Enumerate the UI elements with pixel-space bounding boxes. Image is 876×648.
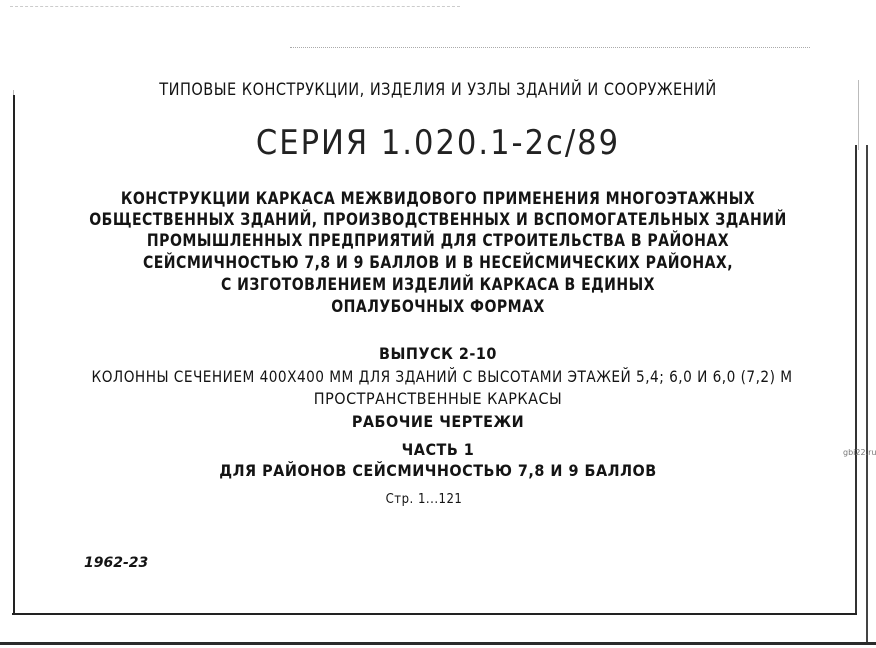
description-line: ОПАЛУБОЧНЫХ ФОРМАХ bbox=[35, 297, 841, 317]
spatial-frames: ПРОСТРАНСТВЕННЫЕ КАРКАСЫ bbox=[0, 389, 876, 408]
working-drawings: РАБОЧИЕ ЧЕРТЕЖИ bbox=[0, 412, 876, 431]
issue-number: ВЫПУСК 2-10 bbox=[0, 344, 876, 363]
description-line: С ИЗГОТОВЛЕНИЕМ ИЗДЕЛИЙ КАРКАСА В ЕДИНЫХ bbox=[35, 275, 841, 295]
frame-bottom-border bbox=[12, 613, 857, 615]
inventory-number: 1962-23 bbox=[84, 555, 148, 571]
series-title: СЕРИЯ 1.020.1-2с/89 bbox=[0, 123, 876, 163]
scan-noise-line bbox=[290, 47, 810, 49]
outer-bottom-border bbox=[0, 642, 876, 645]
scan-noise-top bbox=[10, 6, 460, 8]
document-page: ТИПОВЫЕ КОНСТРУКЦИИ, ИЗДЕЛИЯ И УЗЛЫ ЗДАН… bbox=[0, 0, 876, 648]
description-line: ПРОМЫШЛЕННЫХ ПРЕДПРИЯТИЙ ДЛЯ СТРОИТЕЛЬСТ… bbox=[35, 231, 841, 251]
page-range: Стр. 1...121 bbox=[0, 492, 862, 507]
document-header: ТИПОВЫЕ КОНСТРУКЦИИ, ИЗДЕЛИЯ И УЗЛЫ ЗДАН… bbox=[22, 80, 854, 100]
columns-description: КОЛОННЫ СЕЧЕНИЕМ 400Х400 ММ ДЛЯ ЗДАНИЙ С… bbox=[26, 367, 858, 386]
seismic-regions: ДЛЯ РАЙОНОВ СЕЙСМИЧНОСТЬЮ 7,8 И 9 БАЛЛОВ bbox=[0, 461, 876, 480]
watermark: gbi22.ru bbox=[843, 448, 876, 457]
description-line: СЕЙСМИЧНОСТЬЮ 7,8 И 9 БАЛЛОВ И В НЕСЕЙСМ… bbox=[35, 253, 841, 273]
description-line: ОБЩЕСТВЕННЫХ ЗДАНИЙ, ПРОИЗВОДСТВЕННЫХ И … bbox=[35, 210, 841, 230]
part-number: ЧАСТЬ 1 bbox=[0, 440, 876, 459]
description-line: КОНСТРУКЦИИ КАРКАСА МЕЖВИДОВОГО ПРИМЕНЕН… bbox=[35, 189, 841, 209]
